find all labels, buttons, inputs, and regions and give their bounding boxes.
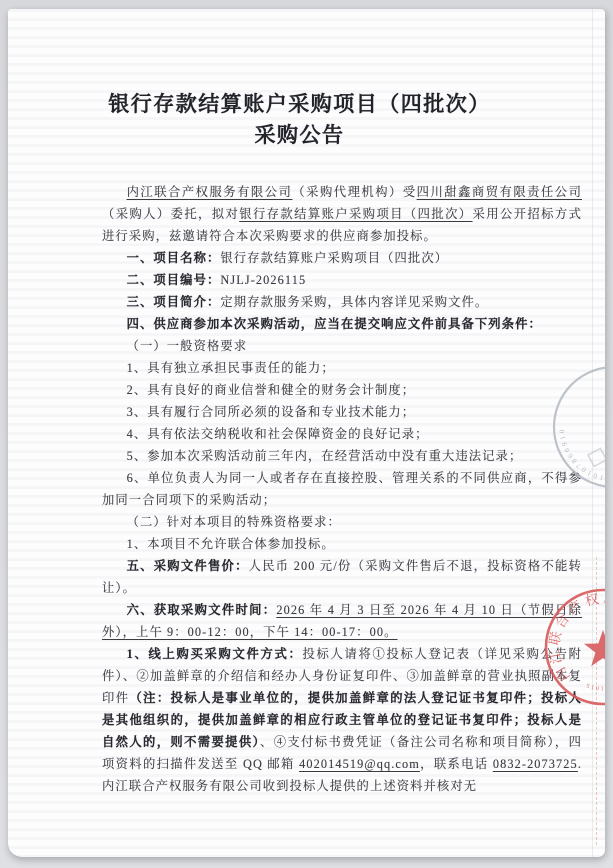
text-segment: 五、采购文件售价： xyxy=(127,559,249,573)
text-segment: 402014519@qq.com xyxy=(299,757,420,771)
red-seal-star-icon xyxy=(584,630,605,666)
text-segment: 银行存款结算账户采购项目（四批次） xyxy=(239,207,472,221)
svg-text:内江联合产权服务有限公司: 内江联合产权服务有限公司 xyxy=(546,590,605,685)
paragraph: 五、采购文件售价：人民币 200 元/份（采购文件售后不退，投标资格不能转让）。 xyxy=(102,555,582,599)
text-segment: 定期存款服务采购，具体内容详见采购文件。 xyxy=(220,295,488,309)
text-segment: 2、具有良好的商业信誉和健全的财务会计制度； xyxy=(127,383,416,397)
paragraph: （二）针对本项目的特殊资格要求： xyxy=(102,511,582,533)
svg-text:5101150: 5101150 xyxy=(585,684,605,693)
paragraph: 3、具有履行合同所必须的设备和专业技术能力； xyxy=(102,401,582,423)
gray-seal-stamp-icon: 510107860910 xyxy=(534,347,605,507)
paragraph: 三、项目简介：定期存款服务采购，具体内容详见采购文件。 xyxy=(102,291,582,313)
text-segment: 3、具有履行合同所必须的设备和专业技术能力； xyxy=(127,405,416,419)
red-seal-serial: 5101150 xyxy=(585,684,605,693)
text-segment: 三、项目简介： xyxy=(127,295,221,309)
paragraph: 1、线上购买采购文件方式：投标人请将①投标人登记表（详见采购公告附件）、②加盖鲜… xyxy=(102,643,582,797)
paragraph: 1、本项目不允许联合体参加投标。 xyxy=(102,533,582,555)
scanned-document-background: { "document": { "title_line1": "银行存款结算账户… xyxy=(0,0,613,868)
text-segment: 六、获取采购文件时间： xyxy=(127,603,277,617)
text-segment: 二、项目编号： xyxy=(127,273,221,287)
title-line-2: 采购公告 xyxy=(8,120,591,151)
text-segment: 四川甜鑫商贸有限责任公司 xyxy=(417,185,582,199)
paragraph: 六、获取采购文件时间：2026 年 4 月 3 日至 2026 年 4 月 10… xyxy=(102,599,582,643)
text-segment: （采购人）委托，拟对 xyxy=(102,207,239,221)
document-body: 内江联合产权服务有限公司（采购代理机构）受四川甜鑫商贸有限责任公司（采购人）委托… xyxy=(102,181,582,797)
gray-seal-emblem xyxy=(588,376,605,471)
red-company-seal-icon: 内江联合产权服务有限公司 5101150 xyxy=(528,572,605,722)
paragraph: 5、参加本次采购活动前三年内，在经营活动中没有重大违法记录； xyxy=(102,445,582,467)
red-seal-arc-text: 内江联合产权服务有限公司 xyxy=(546,590,605,685)
gray-seal-digits: 510107860910 xyxy=(558,427,605,483)
svg-text:510107860910: 510107860910 xyxy=(558,427,605,483)
text-segment: NJLJ-2026115 xyxy=(220,273,306,287)
text-segment: 内江联合产权服务有限公司 xyxy=(127,185,293,199)
text-segment: ，联系电话 xyxy=(420,757,493,771)
paragraph: 1、具有独立承担民事责任的能力； xyxy=(102,357,582,379)
text-segment: （采购代理机构）受 xyxy=(292,185,416,199)
title-line-1: 银行存款结算账户采购项目（四批次） xyxy=(8,89,591,120)
text-segment: 6、单位负责人为同一人或者存在直接控股、管理关系的不同供应商，不得参加同一合同项… xyxy=(102,471,582,507)
paragraph: （一）一般资格要求 xyxy=(102,335,582,357)
text-segment: 1、本项目不允许联合体参加投标。 xyxy=(127,537,335,551)
text-segment: 1、具有独立承担民事责任的能力； xyxy=(127,361,335,375)
paragraph: 四、供应商参加本次采购活动，应当在提交响应文件前具备下列条件： xyxy=(102,313,582,335)
paragraph: 内江联合产权服务有限公司（采购代理机构）受四川甜鑫商贸有限责任公司（采购人）委托… xyxy=(102,181,582,247)
text-segment: 5、参加本次采购活动前三年内，在经营活动中没有重大违法记录； xyxy=(127,449,523,463)
text-segment: 0832-2073725 xyxy=(493,757,578,771)
text-segment: 四、供应商参加本次采购活动，应当在提交响应文件前具备下列条件： xyxy=(127,317,542,331)
text-segment: 银行存款结算账户采购项目（四批次） xyxy=(220,251,448,265)
paragraph: 一、项目名称：银行存款结算账户采购项目（四批次） xyxy=(102,247,582,269)
document-page: 银行存款结算账户采购项目（四批次） 采购公告 内江联合产权服务有限公司（采购代理… xyxy=(8,9,605,857)
text-segment: 1、线上购买采购文件方式： xyxy=(127,647,303,661)
paragraph: 4、具有依法交纳税收和社会保障资金的良好记录； xyxy=(102,423,582,445)
text-segment: 一、项目名称： xyxy=(127,251,221,265)
paragraph: 6、单位负责人为同一人或者存在直接控股、管理关系的不同供应商，不得参加同一合同项… xyxy=(102,467,582,511)
text-segment: 4、具有依法交纳税收和社会保障资金的良好记录； xyxy=(127,427,429,441)
text-segment: （一）一般资格要求 xyxy=(127,339,248,353)
text-segment: （二）针对本项目的特殊资格要求： xyxy=(127,515,341,529)
paragraph: 二、项目编号：NJLJ-2026115 xyxy=(102,269,582,291)
paragraph: 2、具有良好的商业信誉和健全的财务会计制度； xyxy=(102,379,582,401)
document-title: 银行存款结算账户采购项目（四批次） 采购公告 xyxy=(8,89,591,151)
